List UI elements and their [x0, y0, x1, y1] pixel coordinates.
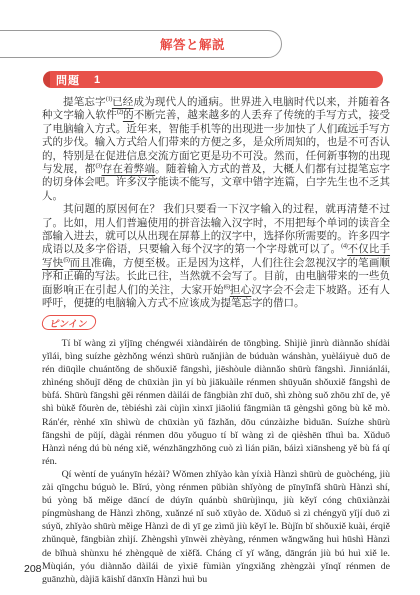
- textbook-page: 解答と解説 問題 1 提笔忘字(1)已经成为现代人的通病。世界进入电脑时代以来，…: [0, 0, 420, 595]
- section-title: 解答と解説: [160, 35, 225, 53]
- chinese-paragraph-2: 其问题的原因何在？ 我们只要看一下汉字输入的过程，就再清楚不过了。比如，用人们普…: [42, 203, 390, 310]
- section-header-box: [0, 30, 282, 58]
- pinyin-badge-label: ピンイン: [49, 316, 89, 330]
- chinese-paragraph-1: 提笔忘字(1)已经成为现代人的通病。世界进入电脑时代以来，并随着各种文字输入软件…: [42, 96, 390, 203]
- problem-badge-number: 1: [94, 74, 100, 86]
- chinese-passage: 提笔忘字(1)已经成为现代人的通病。世界进入电脑时代以来，并随着各种文字输入软件…: [42, 96, 390, 311]
- pinyin-paragraph-2: Qí wèntí de yuányīn hézài? Wǒmen zhǐyào …: [42, 468, 390, 586]
- pinyin-paragraph-1: Tí bǐ wàng zì yǐjīng chéngwéi xiàndàirén…: [42, 337, 390, 468]
- problem-badge: 問題 1: [43, 71, 383, 88]
- page-number: 208: [24, 563, 42, 575]
- problem-badge-label: 問題: [56, 72, 80, 88]
- pinyin-section: Tí bǐ wàng zì yǐjīng chéngwéi xiàndàirén…: [42, 337, 390, 586]
- pinyin-badge: ピンイン: [41, 315, 97, 330]
